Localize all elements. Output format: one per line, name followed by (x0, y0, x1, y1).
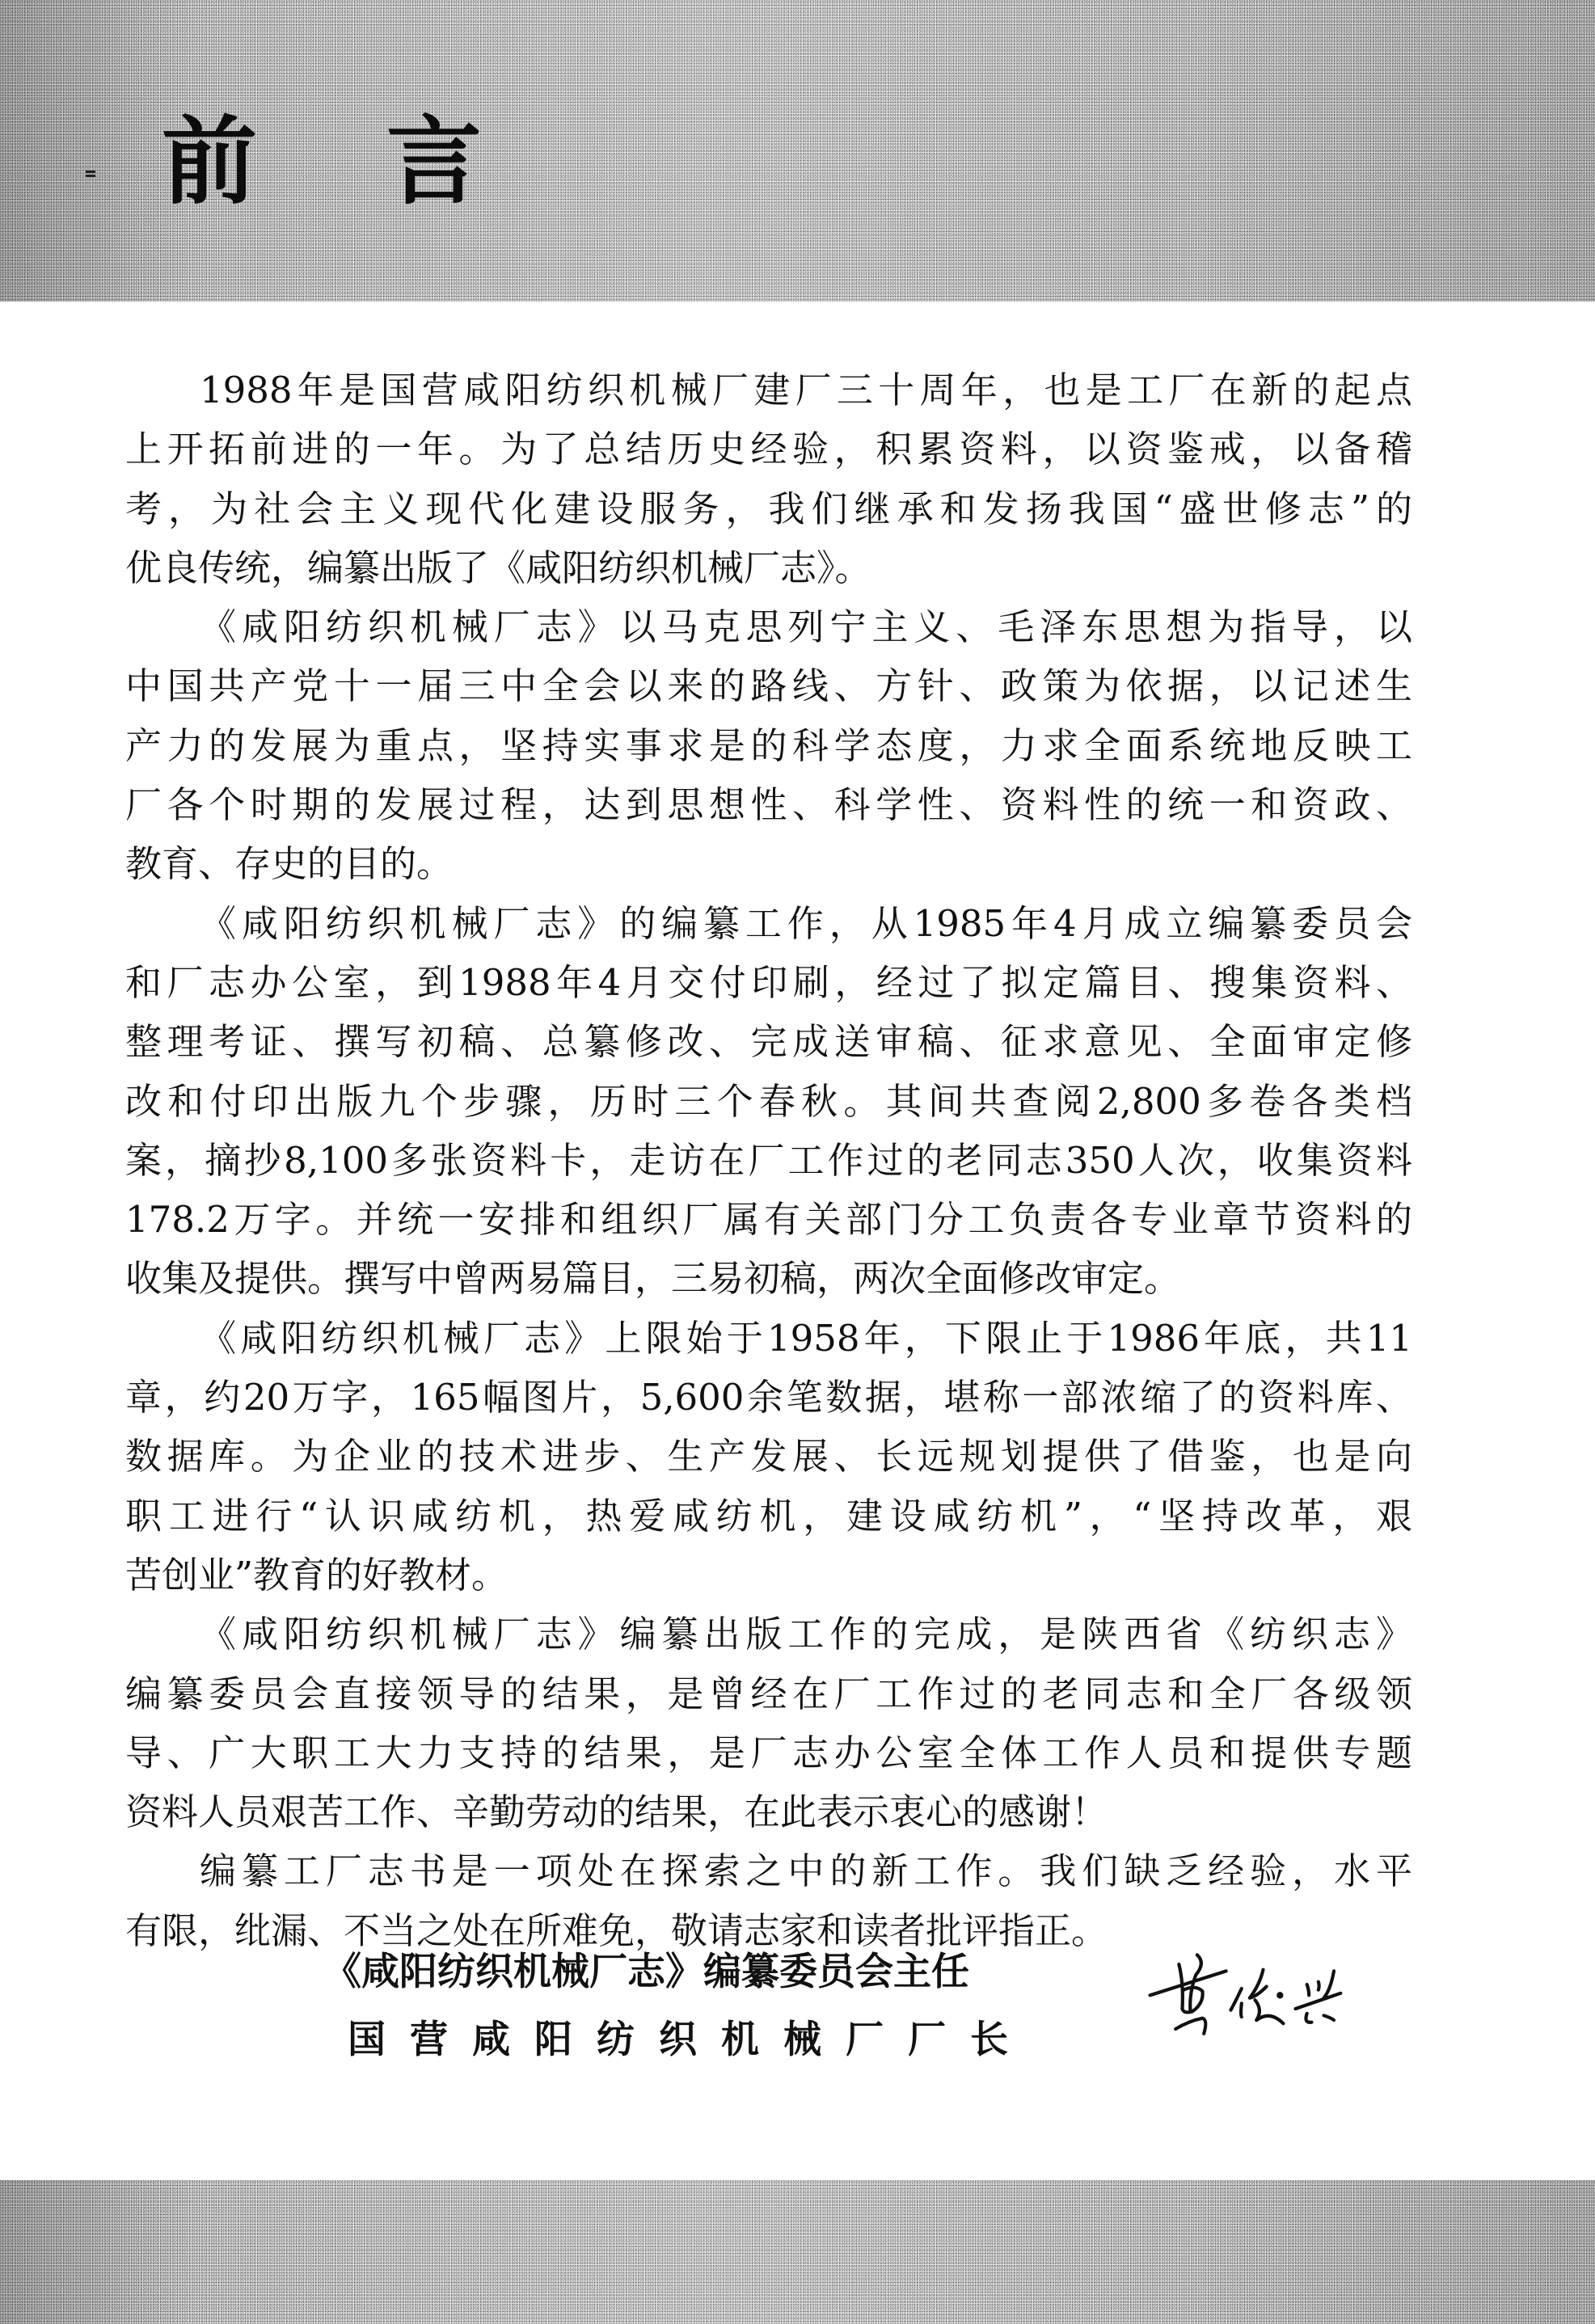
text-line: 《咸阳纺织机械厂志》以马克思列宁主义、毛泽东思想为指导，以 (125, 597, 1412, 656)
paragraph: 《咸阳纺织机械厂志》编纂出版工作的完成，是陕西省《纺织志》编纂委员会直接领导的结… (125, 1605, 1412, 1841)
text-line: 章，约20万字，165幅图片，5,600余笔数据，堪称一部浓缩了的资料库、 (125, 1368, 1412, 1427)
preface-body: 1988年是国营咸阳纺织机械厂建厂三十周年，也是工厂在新的起点上开拓前进的一年。… (125, 361, 1412, 1960)
text-line: 数据库。为企业的技术进步、生产发展、长远规划提供了借鉴，也是向 (125, 1427, 1412, 1486)
text-line: 上开拓前进的一年。为了总结历史经验，积累资料，以资鉴戒，以备稽 (125, 420, 1412, 479)
text-line: 产力的发展为重点，坚持实事求是的科学态度，力求全面系统地反映工 (125, 716, 1412, 775)
text-line: 编纂工厂志书是一项处在探索之中的新工作。我们缺乏经验，水平 (125, 1841, 1412, 1900)
text-line: 改和付印出版九个步骤，历时三个春秋。其间共查阅2,800多卷各类档 (125, 1072, 1412, 1131)
text-line: 《咸阳纺织机械厂志》编纂出版工作的完成，是陕西省《纺织志》 (125, 1605, 1412, 1664)
text-line: 收集及提供。撰写中曾两易篇目，三易初稿，两次全面修改审定。 (125, 1249, 1412, 1308)
text-line: 优良传统，编纂出版了《咸阳纺织机械厂志》。 (125, 538, 1412, 597)
text-line: 178.2万字。并统一安排和组织厂属有关部门分工负责各专业章节资料的 (125, 1190, 1412, 1249)
text-line: 编纂委员会直接领导的结果，是曾经在厂工作过的老同志和全厂各级领 (125, 1664, 1412, 1723)
paragraph: 《咸阳纺织机械厂志》的编纂工作，从1985年4月成立编纂委员会和厂志办公室，到1… (125, 894, 1412, 1309)
paragraph: 1988年是国营咸阳纺织机械厂建厂三十周年，也是工厂在新的起点上开拓前进的一年。… (125, 361, 1412, 597)
text-line: 案，摘抄8,100多张资料卡，走访在厂工作过的老同志350人次，收集资料 (125, 1131, 1412, 1190)
text-line: 和厂志办公室，到1988年4月交付印刷，经过了拟定篇目、搜集资料、 (125, 953, 1412, 1012)
paragraph: 《咸阳纺织机械厂志》以马克思列宁主义、毛泽东思想为指导，以中国共产党十一届三中全… (125, 597, 1412, 893)
text-line: 苦创业”教育的好教材。 (125, 1546, 1412, 1605)
text-line: 教育、存史的目的。 (125, 834, 1412, 893)
text-line: 《咸阳纺织机械厂志》的编纂工作，从1985年4月成立编纂委员会 (125, 894, 1412, 953)
signer-title-factory-director: 国营咸阳纺织机械厂厂长 (323, 2006, 1032, 2074)
page-title-char-1: 前 (162, 109, 257, 214)
signer-title-editorial-committee: 《咸阳纺织机械厂志》编纂委员会主任 (323, 1938, 1032, 2006)
text-line: 考，为社会主义现代化建设服务，我们继承和发扬我国“盛世修志”的 (125, 479, 1412, 538)
page-title: 前言 (162, 109, 482, 214)
handwritten-signature (1128, 1936, 1378, 2057)
text-line: 中国共产党十一届三中全会以来的路线、方针、政策为依据，以记述生 (125, 656, 1412, 715)
text-line: 资料人员艰苦工作、辛勤劳动的结果，在此表示衷心的感谢！ (125, 1782, 1412, 1841)
paragraph: 《咸阳纺织机械厂志》上限始于1958年，下限止于1986年底，共11章，约20万… (125, 1309, 1412, 1605)
page-title-char-2: 言 (386, 109, 482, 214)
text-line: 职工进行“认识咸纺机，热爱咸纺机，建设咸纺机”，“坚持改革，艰 (125, 1487, 1412, 1546)
text-line: 整理考证、撰写初稿、总纂修改、完成送审稿、征求意见、全面审定修 (125, 1012, 1412, 1071)
text-line: 《咸阳纺织机械厂志》上限始于1958年，下限止于1986年底，共11 (125, 1309, 1412, 1368)
bottom-halftone-band (0, 2180, 1595, 2324)
signature-block: 《咸阳纺织机械厂志》编纂委员会主任 国营咸阳纺织机械厂厂长 (323, 1938, 1032, 2074)
text-line: 厂各个时期的发展过程，达到思想性、科学性、资料性的统一和资政、 (125, 775, 1412, 834)
text-line: 导、广大职工大力支持的结果，是厂志办公室全体工作人员和提供专题 (125, 1723, 1412, 1782)
text-line: 1988年是国营咸阳纺织机械厂建厂三十周年，也是工厂在新的起点 (125, 361, 1412, 420)
title-dash-mark (86, 171, 95, 173)
